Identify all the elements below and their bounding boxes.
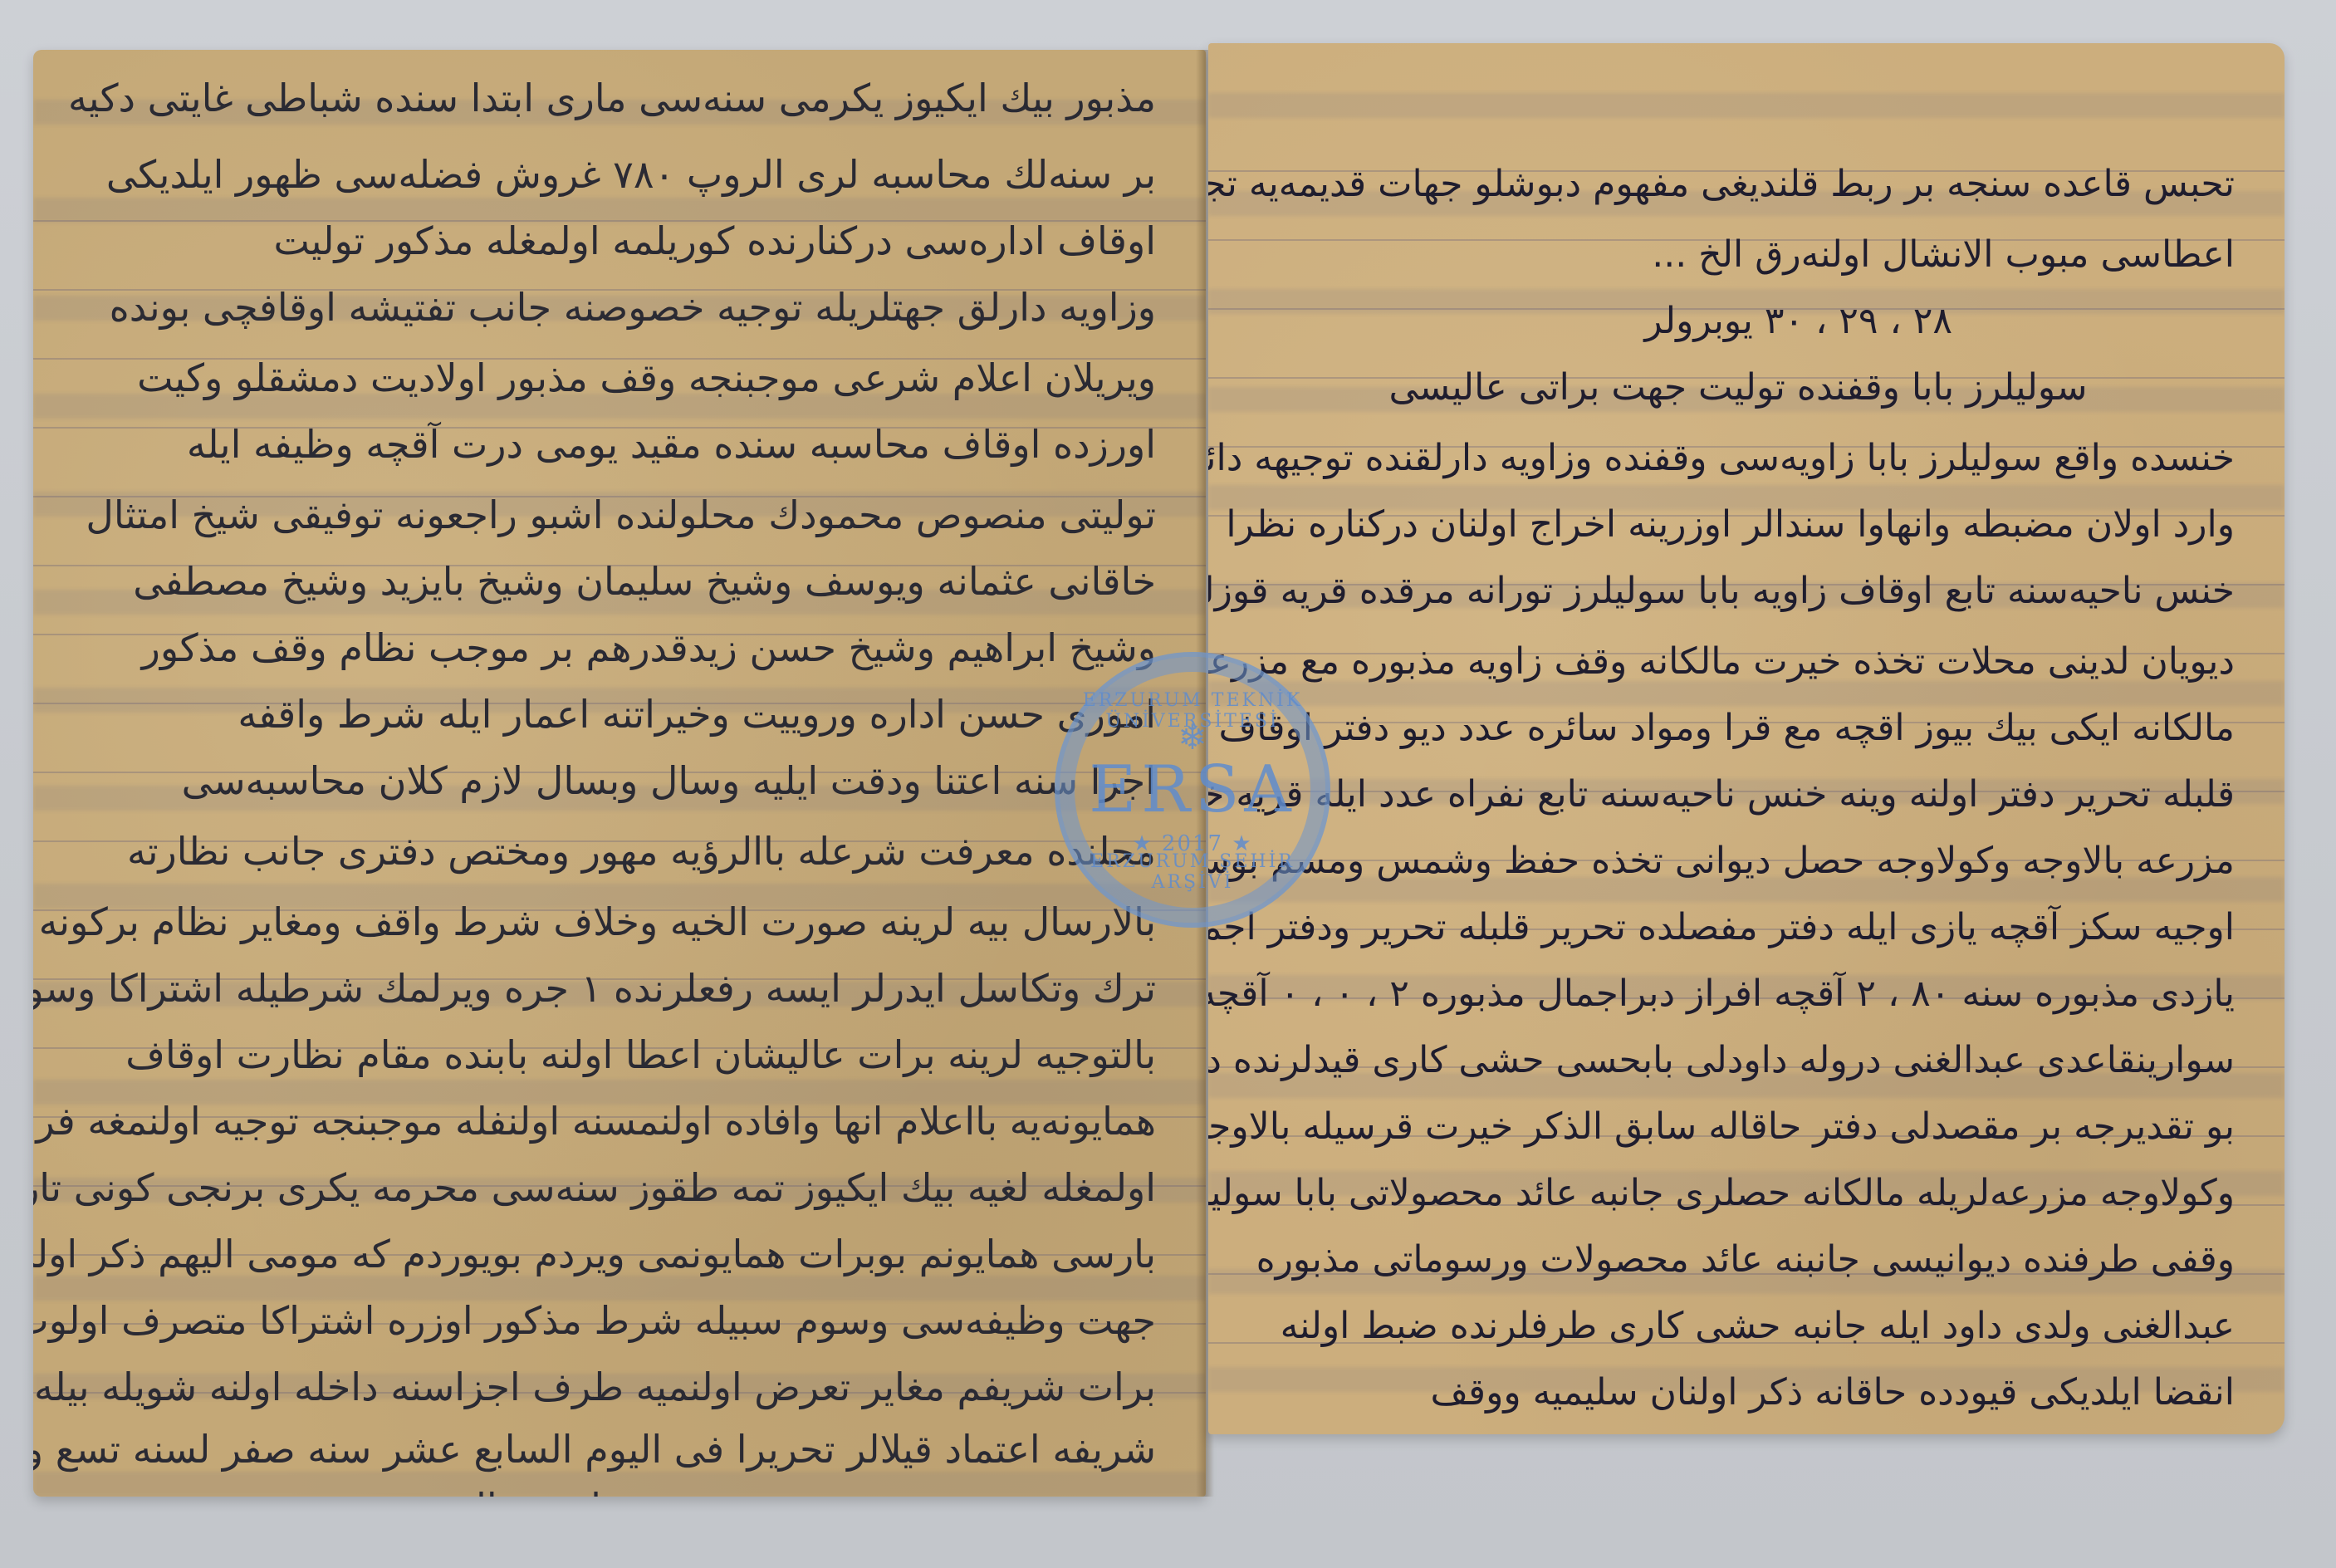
- manuscript-line: شریفه اعتماد قیلالر تحریرا فی الیوم السا…: [33, 1424, 1156, 1474]
- manuscript-line: بالتوجیه لرینه برات عالیشان اعطا اولنه ب…: [125, 1030, 1156, 1080]
- manuscript-line: اورزده اوقاف محاسبه سنده مقید یومی درت آ…: [187, 419, 1156, 469]
- manuscript-line-numbers: ٢٨ ، ٢٩ ، ٣٠ یوبرولر: [1644, 296, 1952, 346]
- manuscript-line: اوقاف اداره‌سی دركنارنده كوریلمه اولمغله…: [273, 216, 1156, 266]
- ersa-archive-stamp: ERZURUM TEKNİK ÜNİVERSİTESİ ❄ ERSA ★ 201…: [1055, 652, 1330, 928]
- manuscript-line: قلبله تحریر دفتر اولنه وینه خنس ناحیه‌سن…: [1208, 770, 2235, 820]
- manuscript-line: بر سنه‌لك محاسبه لری الروپ ٧٨٠ غروش فضله…: [106, 149, 1156, 199]
- manuscript-line: مذبور بیك ایكیوز یكرمی سنه‌سی ماری ابتدا…: [68, 73, 1156, 123]
- manuscript-line: اولمغله لغیه بیك ایكیوز تمه طقوز سنه‌سی …: [33, 1163, 1156, 1213]
- manuscript-line: ویریلان اعلام شرعی موجبنجه وقف مذبور اول…: [137, 353, 1156, 403]
- ink-dot: .: [2189, 1426, 2201, 1434]
- manuscript-heading: سولیلرز بابا وقفنده تولیت جهت براتی عالی…: [1241, 363, 2235, 413]
- manuscript-line: خاقانی عثمانه ویوسف وشیخ سلیمان وشیخ بای…: [133, 556, 1156, 606]
- manuscript-line: عبدالغنی ولدی داود ایله جانبه حشی كاری ط…: [1281, 1301, 2235, 1351]
- manuscript-line: جهت وظیفه‌سی وسوم سبیله شرط مذكور اوزره …: [33, 1296, 1156, 1345]
- stamp-brand: ERSA: [1060, 752, 1325, 827]
- right-page: تحبس قاعده سنجه بر ربط قلندیغی مفهوم دبو…: [1208, 43, 2285, 1434]
- manuscript-line: وزاویه دارلق جهتلریله توجیه خصوصنه جانب …: [110, 282, 1156, 332]
- stamp-bottom-text: ERZURUM ŞEHİR ARŞİVİ: [1060, 851, 1325, 893]
- manuscript-line: بارسی همایونم بوبرات همایونمی ویردم بویو…: [33, 1229, 1156, 1279]
- manuscript-line: انقضا ایلدیكی قیودده حاقانه ذكر اولنان س…: [1431, 1368, 2236, 1418]
- manuscript-line: اجرا سنه اعتنا ودقت ایلیه وسال وبسال لاز…: [182, 756, 1156, 806]
- manuscript-line: دیویان لدینی محلات تخذه خیرت مالكانه وقف…: [1208, 637, 2235, 687]
- manuscript-line: محلنده معرفت شرعله با‌الرؤیه مهور ومختص …: [127, 826, 1156, 876]
- left-page-text: مذبور بیك ایكیوز یكرمی سنه‌سی ماری ابتدا…: [91, 50, 1156, 1497]
- manuscript-line: همایونه‌یه بااعلام انها وافاده اولنمسنه …: [33, 1096, 1156, 1146]
- right-page-text: تحبس قاعده سنجه بر ربط قلندیغی مفهوم دبو…: [1241, 43, 2235, 1434]
- manuscript-line: وكولاوجه مزرعه‌لریله مالكانه حصلری جانبه…: [1208, 1169, 2235, 1218]
- manuscript-line: اعطاسی مبوب الانشال اولنه‌رق الخ ...: [1652, 230, 2235, 280]
- manuscript-line: یازدی مذبوره سنه ٨٠ ، ٢ آقچه افراز دبراج…: [1208, 969, 2235, 1019]
- manuscript-closing-line: ومائتین والف: [435, 1482, 641, 1497]
- manuscript-line: بو تقدیرجه بر مقصدلی دفتر حاقاله سابق ال…: [1208, 1102, 2235, 1152]
- manuscript-line: تولیتی منصوص محمودك محلولنده اشبو راجعون…: [86, 490, 1156, 540]
- manuscript-line: برات شریفم مغایر تعرض اولنمیه طرف اجزاسن…: [33, 1362, 1156, 1412]
- manuscript-line: وارد اولان مضبطه وانهاوا سندالر اوزرینه …: [1226, 500, 2235, 550]
- left-page: مذبور بیك ایكیوز یكرمی سنه‌سی ماری ابتدا…: [33, 50, 1206, 1497]
- manuscript-line: اوجیه سكز آقچه یازی ایله دفتر مفصلده تحر…: [1208, 903, 2235, 953]
- manuscript-line: مزرعه بالاوجه وكولاوجه حصل دیوانی تخذه ح…: [1208, 836, 2235, 886]
- manuscript-line: سوارینقاعدی عبدالغنی دروله داودلی بابحسی…: [1208, 1036, 2235, 1085]
- manuscript-line: بالارسال بیه لرینه صورت الخیه وخلاف شرط …: [33, 897, 1156, 947]
- manuscript-line: اموری حسن اداره وروییت وخیراتنه اعمار ای…: [238, 689, 1156, 739]
- manuscript-line: ترك وتكاسل ایدرلر ایسه رفعلرنده ١ جره وی…: [33, 963, 1156, 1013]
- manuscript-line: تحبس قاعده سنجه بر ربط قلندیغی مفهوم دبو…: [1208, 159, 2235, 209]
- manuscript-line: خنس ناحیه‌سنه تابع اوقاف زاویه بابا سولی…: [1208, 566, 2235, 616]
- manuscript-line: مالكانه ایكی بیك بیوز اقچه مع قرا ومواد …: [1208, 703, 2235, 753]
- manuscript-line: وشیخ ابراهیم وشیخ حسن زیدقدرهم بر موجب ن…: [142, 623, 1156, 673]
- manuscript-line: خنسده واقع سولیلرز بابا زاویه‌سی وقفنده …: [1208, 434, 2235, 483]
- snowflake-emblem-icon: ❄: [1060, 717, 1325, 757]
- manuscript-line: وقفی طرفنده دیوانیسی جانبنه عائد محصولات…: [1256, 1235, 2235, 1285]
